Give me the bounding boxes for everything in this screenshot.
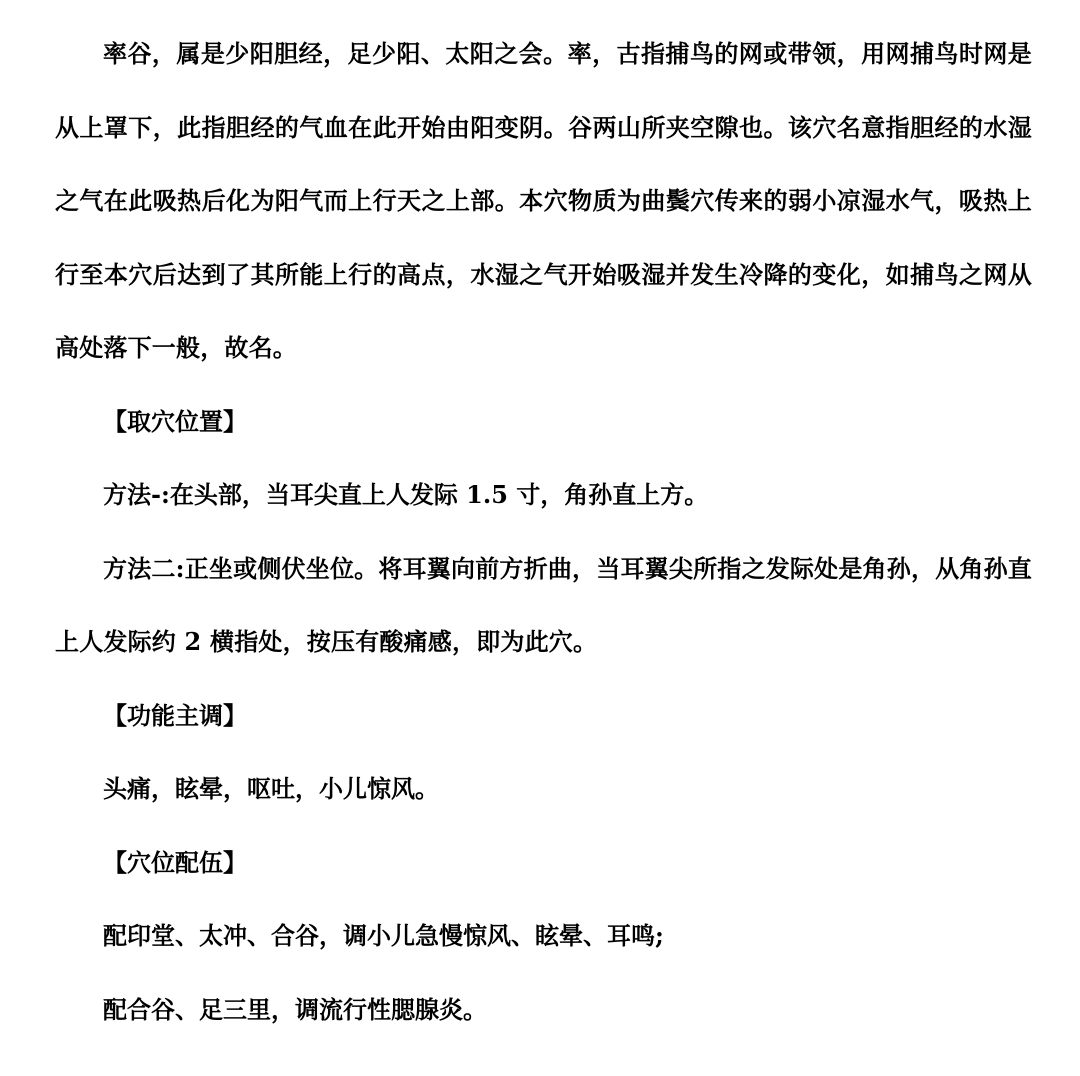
location-method-1: 方法-:在头部，当耳尖直上人发际 1.5 寸，角孙直上方。 (55, 458, 1032, 532)
function-item: 头痛，眩晕，呕吐，小儿惊风。 (55, 752, 1032, 826)
document-page: 率谷，属是少阳胆经，足少阳、太阳之会。率，古指捕鸟的网或带领，用网捕鸟时网是从上… (55, 17, 1032, 1046)
section-heading-function: 【功能主调】 (55, 679, 1032, 753)
combination-item-1: 配印堂、太冲、合谷，调小儿急慢惊风、眩晕、耳鸣; (55, 899, 1032, 973)
combination-item-2: 配合谷、足三里，调流行性腮腺炎。 (55, 973, 1032, 1047)
section-heading-location: 【取穴位置】 (55, 385, 1032, 459)
section-heading-combination: 【穴位配伍】 (55, 826, 1032, 900)
location-method-2: 方法二:正坐或侧伏坐位。将耳翼向前方折曲，当耳翼尖所指之发际处是角孙，从角孙直上… (55, 532, 1032, 679)
intro-paragraph: 率谷，属是少阳胆经，足少阳、太阳之会。率，古指捕鸟的网或带领，用网捕鸟时网是从上… (55, 17, 1032, 385)
